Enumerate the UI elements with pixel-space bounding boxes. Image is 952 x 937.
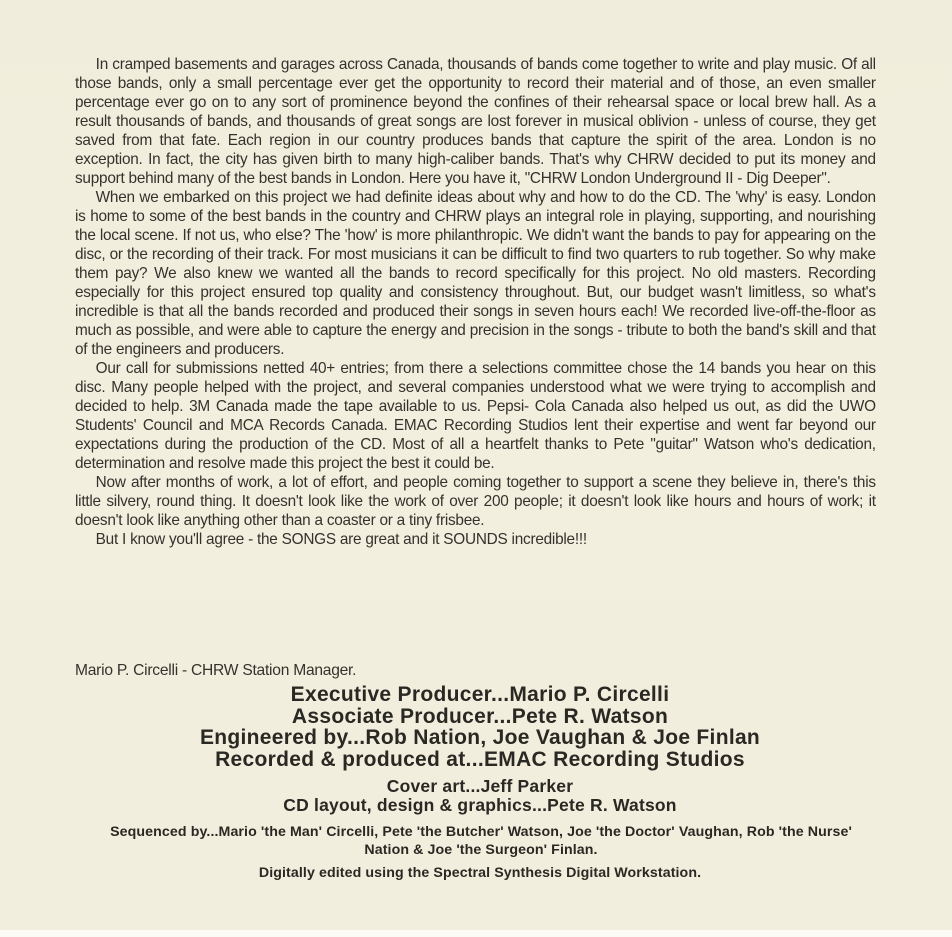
credit-associate-producer: Associate Producer...Pete R. Watson [60,706,900,728]
letter-signature: Mario P. Circelli - CHRW Station Manager… [75,662,356,680]
credit-engineers: Engineered by...Rob Nation, Joe Vaughan … [60,727,900,749]
credit-layout-design: CD layout, design & graphics...Pete R. W… [60,796,900,815]
page-bottom-edge [0,930,952,937]
letter-paragraph-5: But I know you'll agree - the SONGS are … [75,530,876,549]
production-credits: Executive Producer...Mario P. Circelli A… [60,684,900,770]
letter-paragraph-1: In cramped basements and garages across … [75,55,876,188]
credit-cover-art: Cover art...Jeff Parker [60,777,900,796]
credit-studio: Recorded & produced at...EMAC Recording … [60,749,900,771]
letter-paragraph-4: Now after months of work, a lot of effor… [75,473,876,530]
credit-executive-producer: Executive Producer...Mario P. Circelli [60,684,900,706]
letter-paragraph-3: Our call for submissions netted 40+ entr… [75,359,876,473]
credit-digital-edit: Digitally edited using the Spectral Synt… [60,864,900,882]
credit-sequenced-by: Sequenced by...Mario 'the Man' Circelli,… [86,823,876,859]
booklet-page: In cramped basements and garages across … [0,0,952,930]
station-manager-letter: In cramped basements and garages across … [75,55,876,549]
letter-paragraph-2: When we embarked on this project we had … [75,188,876,359]
design-credits: Cover art...Jeff Parker CD layout, desig… [60,777,900,815]
